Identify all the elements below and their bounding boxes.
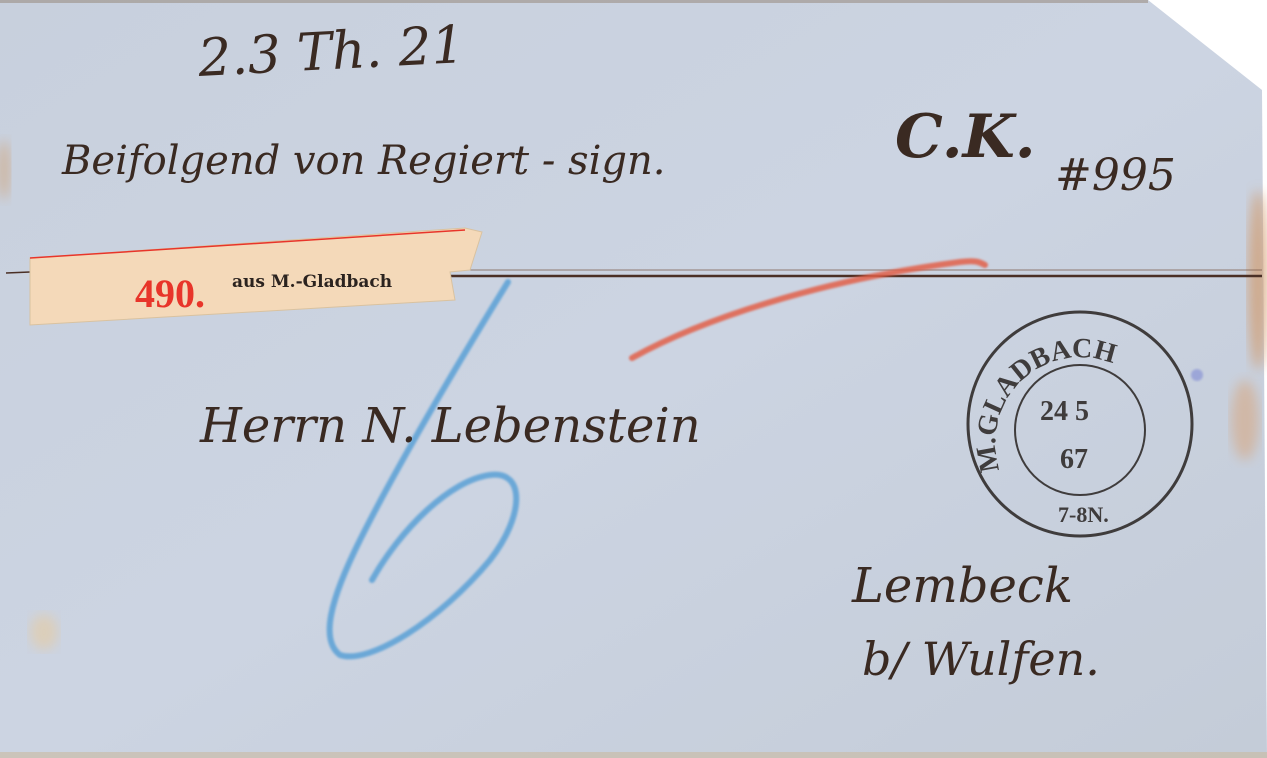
header-line: Beifolgend von Regiert - sign. [62, 138, 665, 184]
registration-number: 490. [135, 270, 205, 317]
ck-mark: C.K. [895, 102, 1036, 172]
addressee: Herrn N. Lebenstein [200, 398, 701, 454]
registration-origin: aus M.-Gladbach [232, 272, 392, 292]
svg-text:67: 67 [1060, 444, 1088, 475]
svg-text:7-8N.: 7-8N. [1058, 502, 1109, 527]
number-mark: #995 [1055, 150, 1176, 201]
destination-line2: b/ Wulfen. [862, 632, 1100, 686]
envelope-scene: M.GLADBACH 24 5 67 7-8N. 2.3 Th. 21 Beif… [0, 0, 1267, 758]
svg-text:24 5: 24 5 [1040, 396, 1089, 427]
destination-line1: Lembeck [852, 558, 1073, 614]
